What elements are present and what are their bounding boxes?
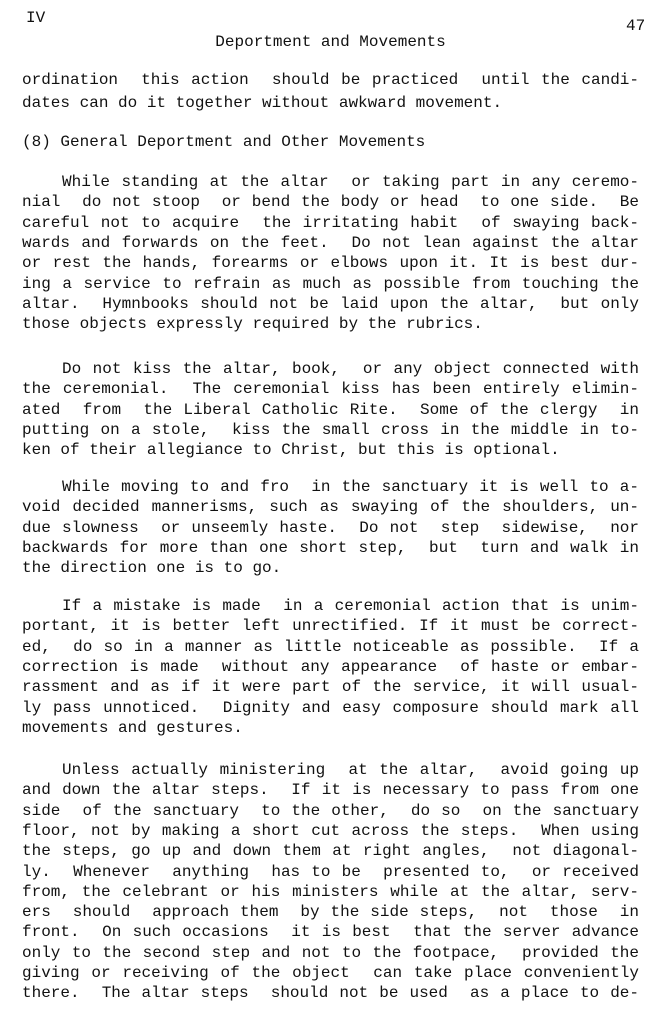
- running-title: Deportment and Movements: [0, 33, 661, 51]
- chapter-number: IV: [26, 9, 45, 27]
- paragraph-line: correction is made without any appearanc…: [22, 658, 639, 676]
- paragraph-line: and down the altar steps. If it is neces…: [22, 781, 639, 799]
- paragraph-line: ed, do so in a manner as little noticeab…: [22, 638, 639, 656]
- paragraph-line: ly. Whenever anything has to be presente…: [22, 863, 639, 881]
- paragraph-line: due slowness or unseemly haste. Do not s…: [22, 519, 639, 537]
- paragraph-line: If a mistake is made in a ceremonial act…: [62, 597, 639, 615]
- paragraph-line: the steps, go up and down them at right …: [22, 842, 639, 860]
- paragraph-line: nial do not stoop or bend the body or he…: [22, 193, 639, 211]
- paragraph-line: void decided mannerisms, such as swaying…: [22, 498, 639, 516]
- paragraph-line: or rest the hands, forearms or elbows up…: [22, 254, 639, 272]
- paragraph-line: from, the celebrant or his ministers whi…: [22, 883, 639, 901]
- paragraph-line: ken of their allegiance to Christ, but t…: [22, 441, 639, 459]
- document-page: IV 47 Deportment and Movements ordinatio…: [0, 0, 661, 1013]
- paragraph-line: putting on a stole, kiss the small cross…: [22, 421, 639, 439]
- paragraph-line: floor, not by making a short cut across …: [22, 822, 639, 840]
- paragraph-line: While standing at the altar or taking pa…: [62, 173, 639, 191]
- continuation-line: dates can do it together without awkward…: [22, 94, 639, 112]
- paragraph-line: backwards for more than one short step, …: [22, 539, 639, 557]
- paragraph-line: movements and gestures.: [22, 719, 639, 737]
- paragraph-line: careful not to acquire the irritating ha…: [22, 214, 639, 232]
- continuation-line: ordination this action should be practic…: [22, 71, 639, 89]
- paragraph-line: Unless actually ministering at the altar…: [62, 761, 639, 779]
- paragraph-line: While moving to and fro in the sanctuary…: [62, 478, 639, 496]
- paragraph-line: the ceremonial. The ceremonial kiss has …: [22, 380, 639, 398]
- paragraph-line: rassment and as if it were part of the s…: [22, 678, 639, 696]
- paragraph-line: ing a service to refrain as much as poss…: [22, 275, 639, 293]
- paragraph-line: ers should approach them by the side ste…: [22, 903, 639, 921]
- paragraph-line: those objects expressly required by the …: [22, 315, 639, 333]
- paragraph-line: altar. Hymnbooks should not be laid upon…: [22, 295, 639, 313]
- paragraph-line: the direction one is to go.: [22, 559, 639, 577]
- paragraph-line: ated from the Liberal Catholic Rite. Som…: [22, 401, 639, 419]
- paragraph-line: wards and forwards on the feet. Do not l…: [22, 234, 639, 252]
- paragraph-line: only to the second step and not to the f…: [22, 944, 639, 962]
- paragraph-line: portant, it is better left unrectified. …: [22, 617, 639, 635]
- paragraph-line: giving or receiving of the object can ta…: [22, 964, 639, 982]
- paragraph-line: side of the sanctuary to the other, do s…: [22, 802, 639, 820]
- paragraph-line: front. On such occasions it is best that…: [22, 923, 639, 941]
- paragraph-line: Do not kiss the altar, book, or any obje…: [62, 360, 639, 378]
- paragraph-line: there. The altar steps should not be use…: [22, 984, 639, 1002]
- paragraph-line: ly pass unnoticed. Dignity and easy comp…: [22, 699, 639, 717]
- section-heading: (8) General Deportment and Other Movemen…: [22, 133, 425, 151]
